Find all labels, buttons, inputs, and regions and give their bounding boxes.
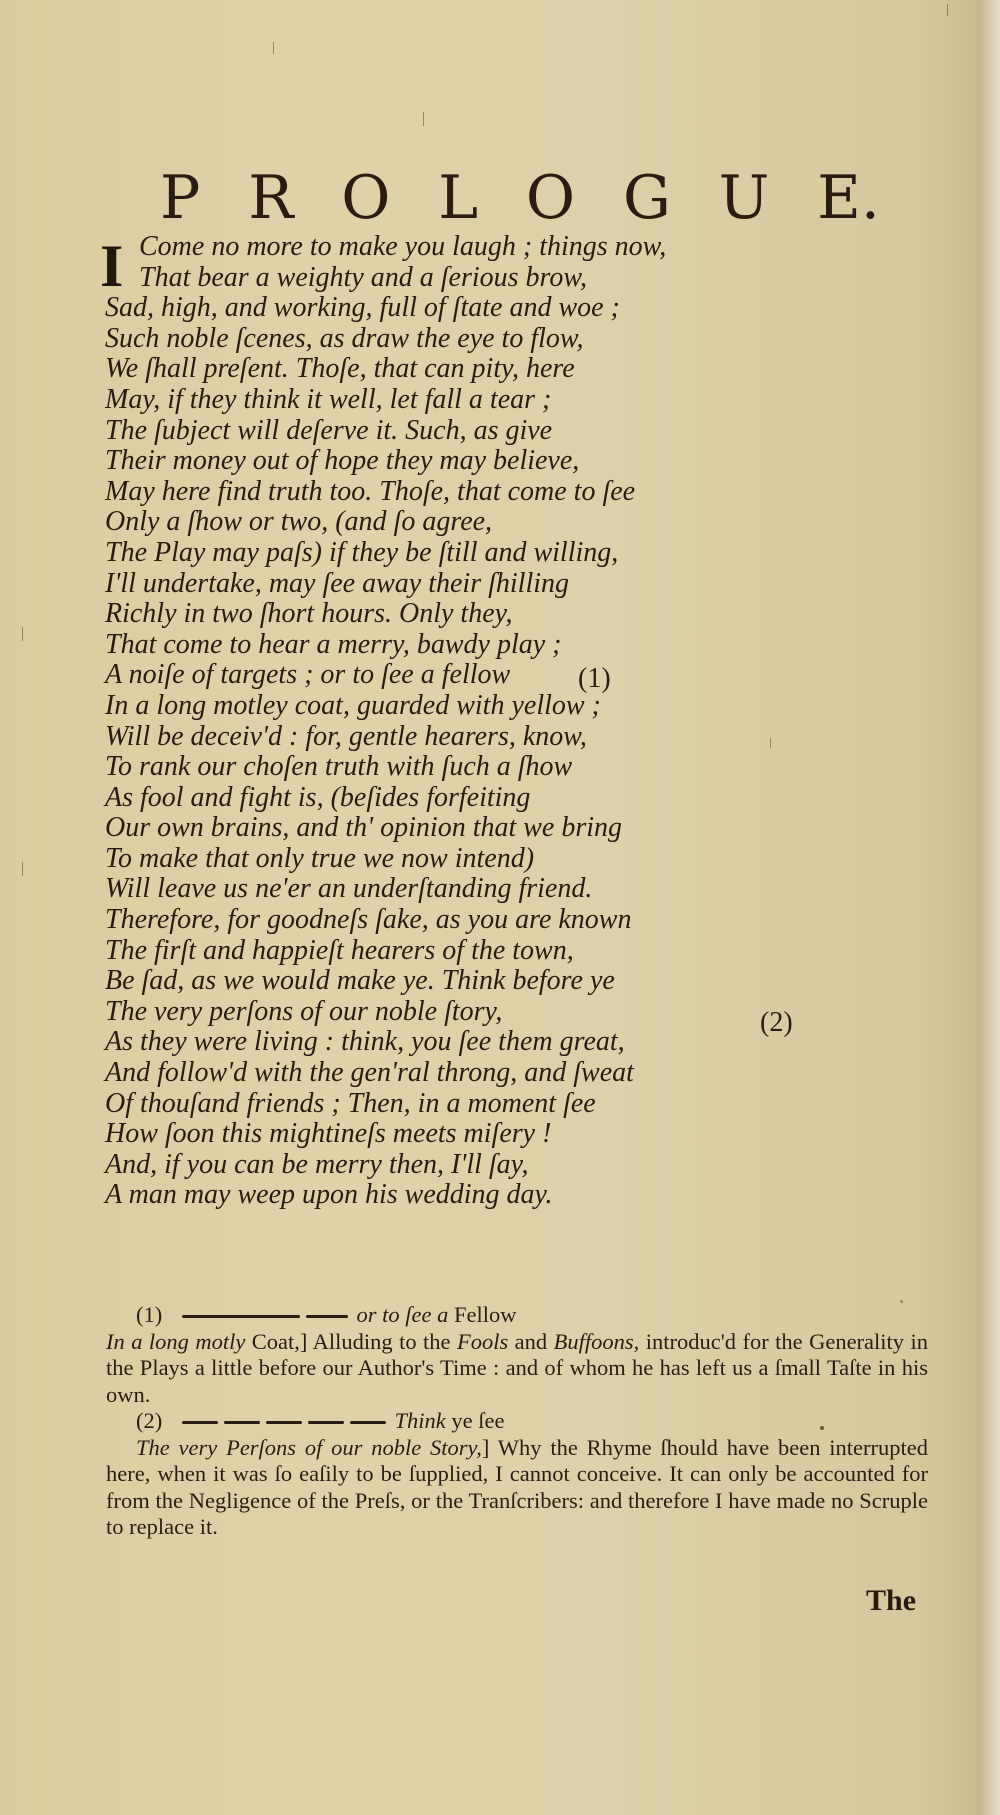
- verse-line: Therefore, for goodneſs ſake, as you are…: [105, 905, 825, 936]
- verse-line: To rank our choſen truth with ſuch a ſho…: [105, 752, 825, 783]
- footnote-italic: In a long motly: [106, 1329, 245, 1354]
- dash-rule: [306, 1315, 348, 1318]
- verse-line: Only a ſhow or two, (and ſo agree,: [105, 507, 825, 538]
- verse-line: Will be deceiv'd : for, gentle hearers, …: [105, 722, 825, 753]
- verse-line: May here find truth too. Thoſe, that com…: [105, 477, 825, 508]
- dash-rule: [182, 1421, 218, 1424]
- footnote-italic: The very Perſons of our noble Story,: [136, 1435, 482, 1460]
- dash-rule: [266, 1421, 302, 1424]
- catchword: The: [866, 1584, 916, 1618]
- verse-line: Their money out of hope they may believe…: [105, 446, 825, 477]
- verse-line: I'll undertake, may ſee away their ſhill…: [105, 569, 825, 600]
- verse-line: May, if they think it well, let fall a t…: [105, 385, 825, 416]
- title-letter: P: [160, 168, 200, 228]
- title-letter: G: [623, 168, 671, 228]
- verse-line: Be ſad, as we would make ye. Think befor…: [105, 966, 825, 997]
- footnote-marker-1[interactable]: (1): [578, 663, 611, 695]
- footnote-italic: Fools: [457, 1329, 508, 1354]
- footnote-2-body: The very Perſons of our noble Story,] Wh…: [106, 1435, 928, 1541]
- book-page: P R O L O G U E. I Come no more to make …: [0, 0, 1000, 1815]
- dash-rule: [224, 1421, 260, 1424]
- footnote-1-body: In a long motly Coat,] Alluding to the F…: [106, 1329, 928, 1409]
- title-letter: E.: [817, 168, 880, 228]
- verse-line: The firſt and happieſt hearers of the to…: [105, 936, 825, 967]
- dash-rule: [308, 1421, 344, 1424]
- footnote-text: Coat,] Alluding to the: [245, 1329, 457, 1354]
- footnote-1-head: (1) or to ſee a Fellow: [106, 1302, 928, 1329]
- verse-line: How ſoon this mightineſs meets miſery !: [105, 1119, 825, 1150]
- verse-line: To make that only true we now intend): [105, 844, 825, 875]
- footnote-number: (2): [136, 1408, 162, 1433]
- verse-line: Such noble ſcenes, as draw the eye to fl…: [105, 324, 825, 355]
- verse-line: Our own brains, and th' opinion that we …: [105, 813, 825, 844]
- verse-line: Of thouſand friends ; Then, in a moment …: [105, 1089, 825, 1120]
- scan-speck: [22, 627, 23, 641]
- verse-line: The very perſons of our noble ſtory,: [105, 997, 825, 1028]
- title-letter: R: [248, 168, 293, 228]
- footnote-2-head: (2) Think ye ſee: [106, 1408, 928, 1435]
- verse-line: Richly in two ſhort hours. Only they,: [105, 599, 825, 630]
- verse-line: We ſhall preſent. Thoſe, that can pity, …: [105, 354, 825, 385]
- footnotes: (1) or to ſee a Fellow In a long motly C…: [106, 1302, 928, 1541]
- page-title: P R O L O G U E.: [160, 168, 880, 228]
- verse-line: A man may weep upon his wedding day.: [105, 1180, 825, 1211]
- footnote-lemma-roman: Fellow: [454, 1302, 517, 1327]
- verse-line: And follow'd with the gen'ral throng, an…: [105, 1058, 825, 1089]
- verse-line: Will leave us ne'er an underſtanding fri…: [105, 874, 825, 905]
- scan-speck: [423, 112, 424, 126]
- scan-speck: [273, 42, 274, 54]
- scan-speck: [947, 4, 948, 16]
- verse-line: And, if you can be merry then, I'll ſay,: [105, 1150, 825, 1181]
- verse-line: In a long motley coat, guarded with yell…: [105, 691, 825, 722]
- verse-line: That come to hear a merry, bawdy play ;: [105, 630, 825, 661]
- footnote-text: and: [508, 1329, 553, 1354]
- verse-line: The ſubject will deſerve it. Such, as gi…: [105, 416, 825, 447]
- footnote-lemma-italic: Think: [395, 1408, 446, 1433]
- verse-line: The Play may paſs) if they be ſtill and …: [105, 538, 825, 569]
- title-letter: O: [526, 168, 575, 228]
- footnote-number: (1): [136, 1302, 162, 1327]
- dash-rule: [350, 1421, 386, 1424]
- title-letter: U: [719, 168, 770, 228]
- title-letter: O: [341, 168, 390, 228]
- title-letter: L: [438, 168, 478, 228]
- verse-line: As fool and fight is, (beſides forfeitin…: [105, 783, 825, 814]
- footnote-lemma-italic: or to ſee a: [357, 1302, 449, 1327]
- prologue-verse: Come no more to make you laugh ; things …: [105, 232, 825, 1211]
- dash-rule: [182, 1315, 300, 1318]
- footnote-marker-2[interactable]: (2): [760, 1007, 793, 1039]
- footnote-italic: Buffoons: [554, 1329, 634, 1354]
- footnote-lemma-roman: ye ſee: [451, 1408, 504, 1433]
- verse-line: Come no more to make you laugh ; things …: [105, 232, 825, 263]
- verse-line: As they were living : think, you ſee the…: [105, 1027, 825, 1058]
- scan-speck: [22, 862, 23, 876]
- verse-line: A noiſe of targets ; or to ſee a fellow: [105, 660, 825, 691]
- verse-line: Sad, high, and working, full of ſtate an…: [105, 293, 825, 324]
- verse-line: That bear a weighty and a ſerious brow,: [105, 263, 825, 294]
